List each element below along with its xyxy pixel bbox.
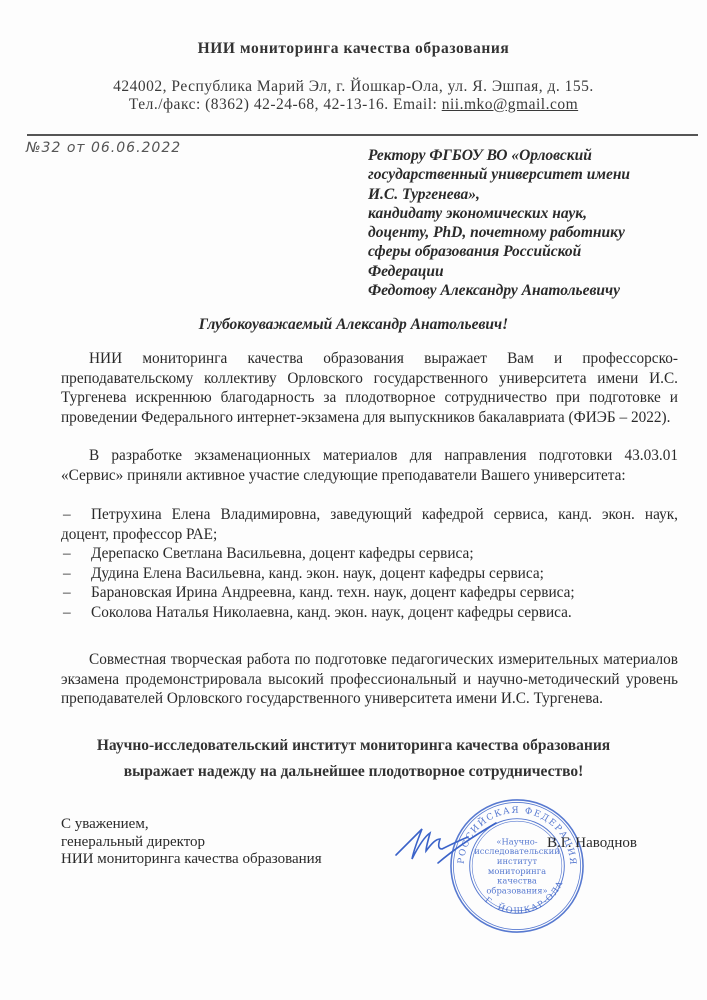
letterhead-org-name: НИИ мониторинга качества образования <box>0 40 707 58</box>
dash-bullet-icon: – <box>61 505 91 525</box>
recipient-line: Ректору ФГБОУ ВО «Орловский <box>368 146 698 165</box>
letterhead-contacts: Тел./факс: (8362) 42-24-68, 42-13-16. Em… <box>0 96 707 114</box>
dash-bullet-icon: – <box>61 583 91 603</box>
svg-text:институт: институт <box>497 856 538 866</box>
svg-text:образования»: образования» <box>486 886 547 896</box>
regards-line: С уважением, <box>61 816 322 834</box>
closing-line-1: Научно-исследовательский институт монито… <box>0 737 707 755</box>
svg-text:«Научно-: «Научно- <box>496 836 537 846</box>
greeting: Глубокоуважаемый Александр Анатольевич! <box>0 316 707 334</box>
letterhead-address: 424002, Республика Марий Эл, г. Йошкар-О… <box>0 78 707 96</box>
recipient-line: И.С. Тургенева», <box>368 185 698 204</box>
signer-name: В.Г. Наводнов <box>547 835 637 852</box>
recipient-line: сферы образования Российской <box>368 242 698 261</box>
recipient-line: кандидату экономических наук, <box>368 204 698 223</box>
list-item: –Дудина Елена Васильевна, канд. экон. на… <box>61 564 678 584</box>
letterhead-divider <box>27 134 698 136</box>
body-paragraph-3: Совместная творческая работа по подготов… <box>61 650 678 709</box>
recipient-line: Федотову Александру Анатольевичу <box>368 281 698 300</box>
dash-bullet-icon: – <box>61 544 91 564</box>
list-item: –Соколова Наталья Николаевна, канд. экон… <box>61 603 678 623</box>
recipient-line: государственный университет имени <box>368 165 698 184</box>
list-item: –Барановская Ирина Андреевна, канд. техн… <box>61 583 678 603</box>
svg-text:качества: качества <box>497 876 537 886</box>
closing-line-2: выражает надежду на дальнейшее плодотвор… <box>0 763 707 781</box>
body-paragraph-1: НИИ мониторинга качества образования выр… <box>61 349 678 427</box>
organization-line: НИИ мониторинга качества образования <box>61 851 322 869</box>
letterhead-phone: Тел./факс: (8362) 42-24-68, 42-13-16. Em… <box>129 96 442 113</box>
signature-block: С уважением, генеральный директор НИИ мо… <box>61 816 322 869</box>
recipient-block: Ректору ФГБОУ ВО «Орловский государствен… <box>368 146 698 300</box>
email-link[interactable]: nii.mko@gmail.com <box>442 96 578 113</box>
official-stamp-icon: РОССИЙСКАЯ ФЕДЕРАЦИЯ • РЕСПУБЛИКА МАРИЙ … <box>448 797 586 935</box>
position-line: генеральный директор <box>61 834 322 852</box>
list-item: –Дерепаско Светлана Васильевна, доцент к… <box>61 544 678 564</box>
recipient-line: доценту, PhD, почетному работнику <box>368 223 698 242</box>
registration-number: №32 от 06.06.2022 <box>26 140 181 156</box>
svg-text:мониторинга: мониторинга <box>488 866 546 876</box>
body-paragraph-2: В разработке экзаменационных материалов … <box>61 446 678 485</box>
participants-list: –Петрухина Елена Владимировна, заведующи… <box>61 505 678 622</box>
dash-bullet-icon: – <box>61 603 91 623</box>
list-item: –Петрухина Елена Владимировна, заведующи… <box>61 505 678 544</box>
dash-bullet-icon: – <box>61 564 91 584</box>
recipient-line: Федерации <box>368 262 698 281</box>
